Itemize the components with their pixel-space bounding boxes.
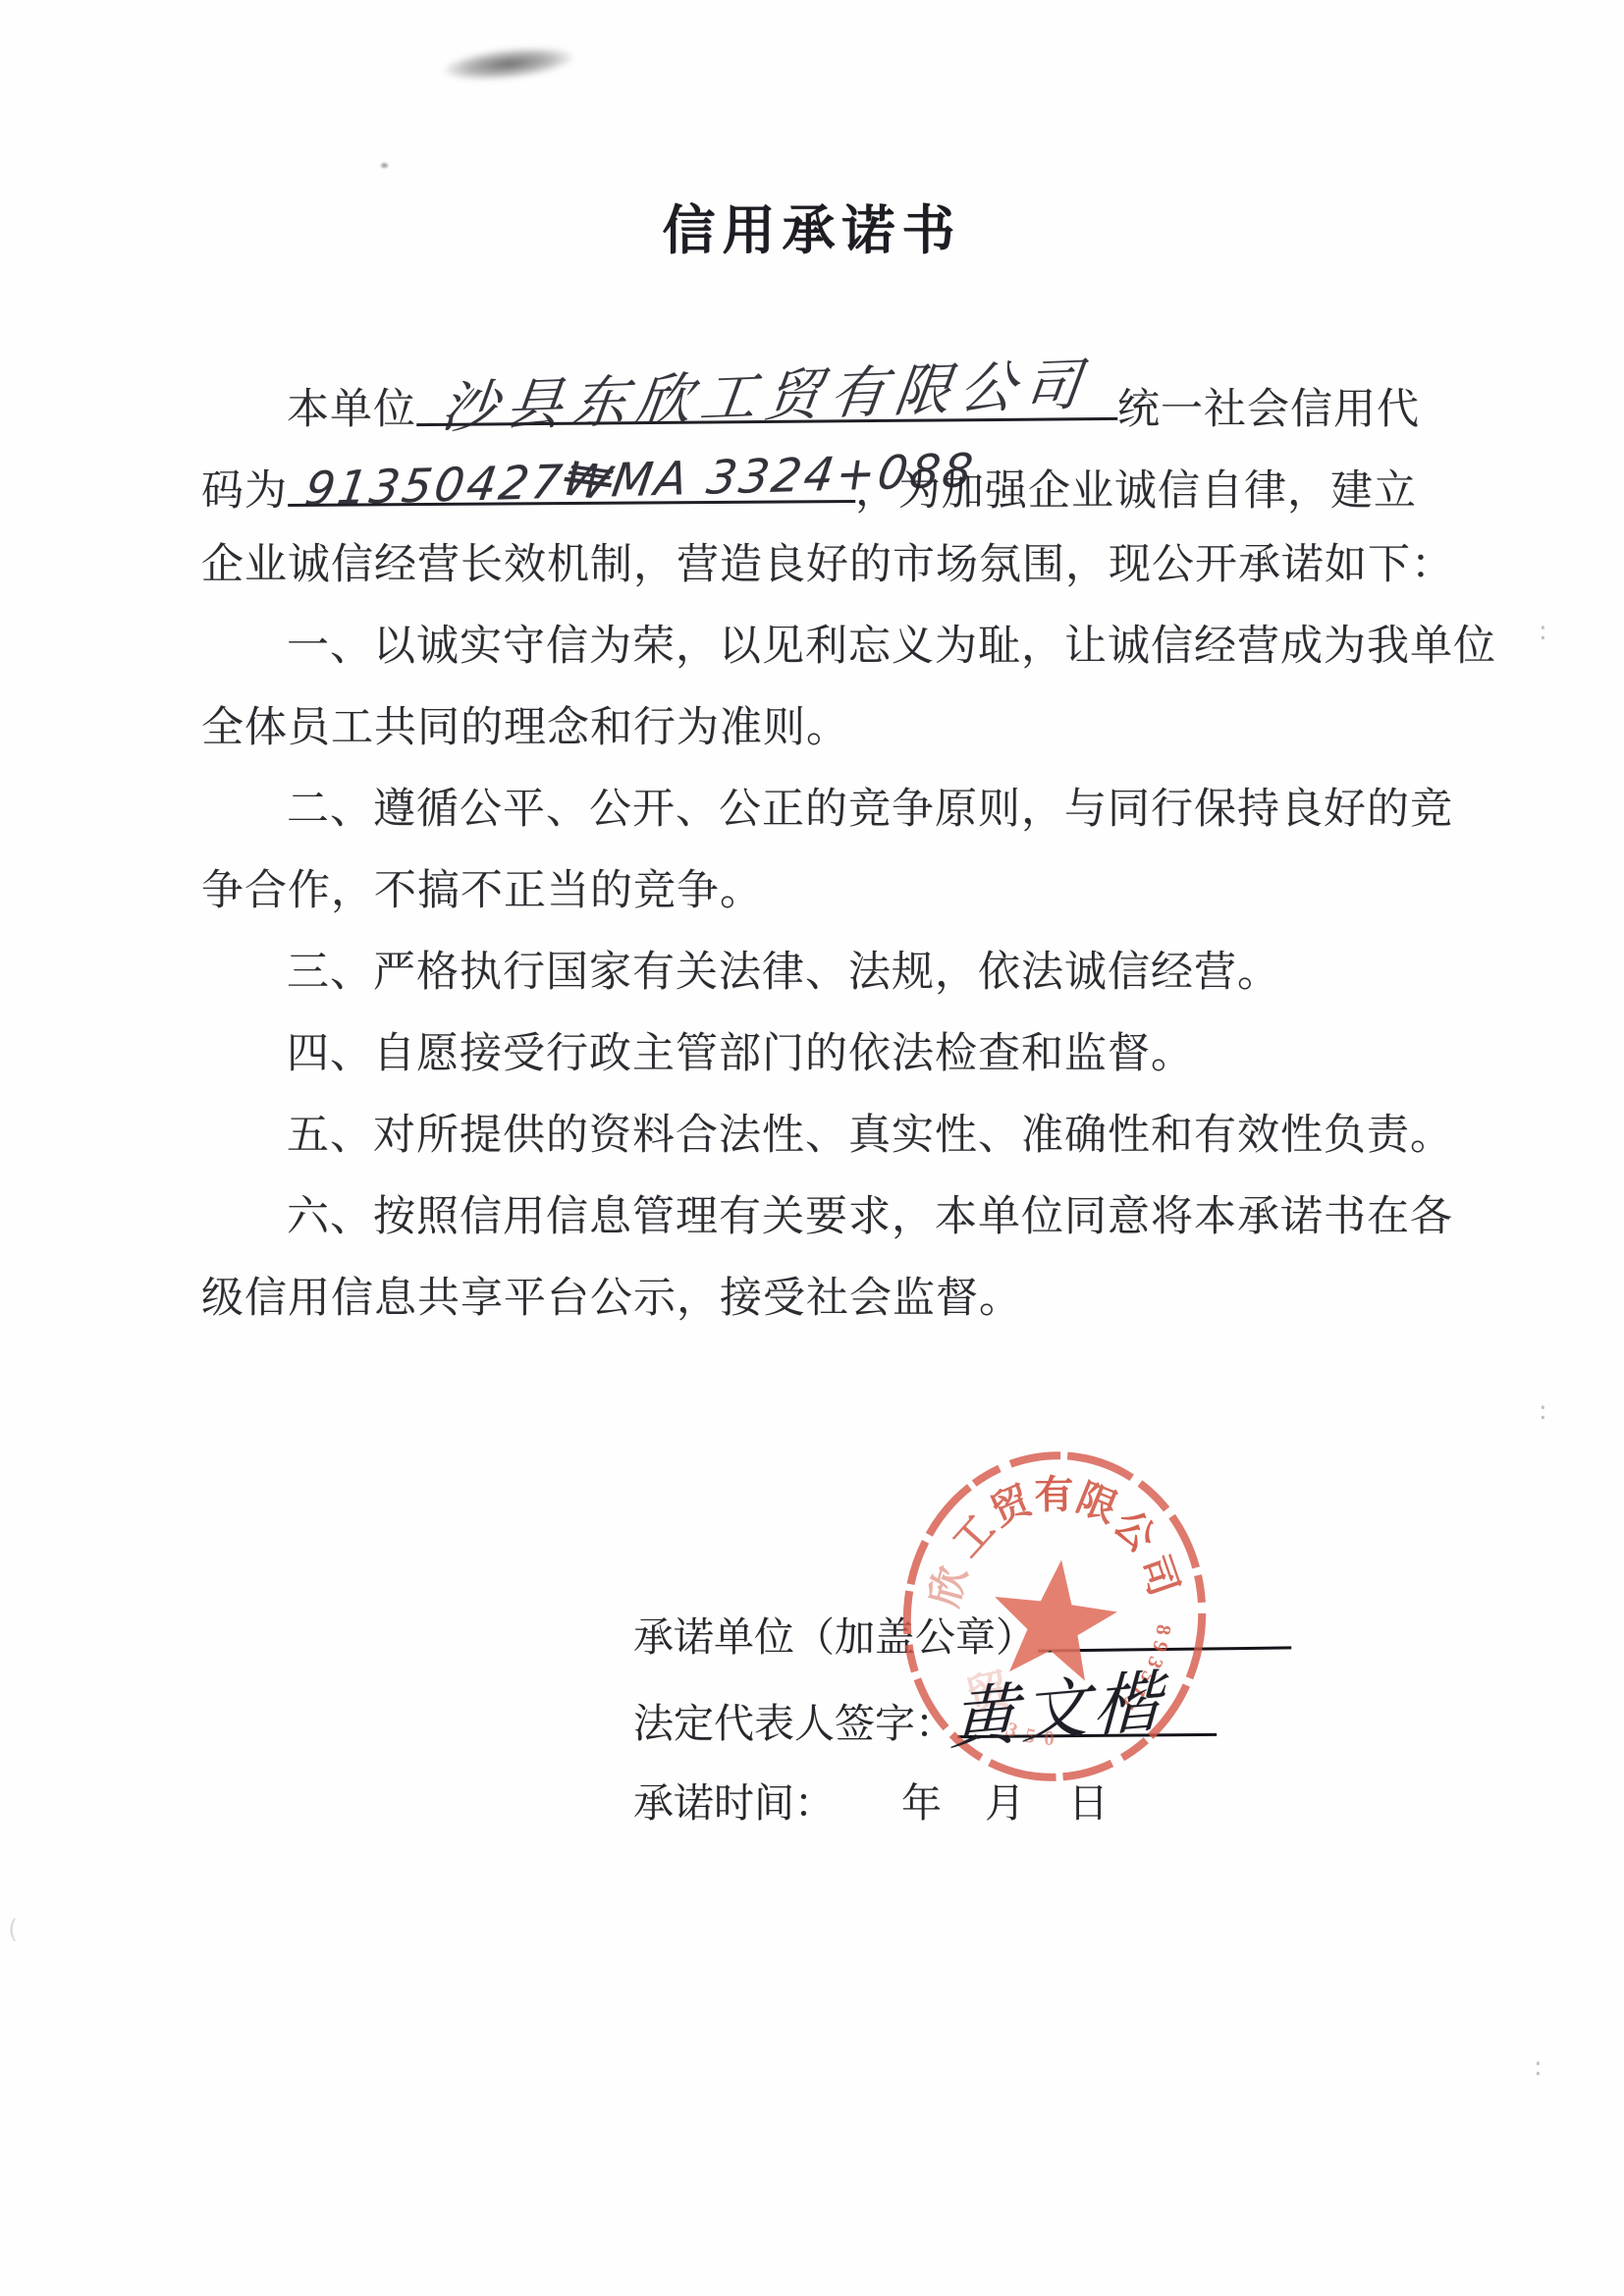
- seal-arc-char: 司: [1132, 1550, 1187, 1601]
- scan-edge-mark: :: [1539, 617, 1547, 646]
- year-label: 年: [901, 1780, 942, 1826]
- document-title: 信用承诺书: [0, 189, 1624, 264]
- seal-arc-char: 工: [945, 1506, 1003, 1565]
- body-line-1: 本单位沙县东欣工贸有限公司统一社会信用代: [201, 361, 1448, 443]
- body-line-4: 一、以诚实守信为荣，以见利忘义为耻，让诚信经营成为我单位: [201, 606, 1448, 687]
- line2-prefix: 码为: [201, 468, 288, 515]
- seal-arc-char: 公: [1106, 1502, 1164, 1560]
- scanned-document-page: : : : ( 信用承诺书 本单位沙县东欣工贸有限公司统一社会信用代 码为913…: [0, 0, 1624, 2296]
- body-line-7: 争合作，不搞不正当的竞争。: [201, 850, 1448, 932]
- line1-prefix: 本单位: [287, 387, 416, 433]
- item-6-text: 六、按照信用信息管理有关要求，本单位同意将本承诺书在各: [287, 1194, 1453, 1240]
- credit-code-blank-line: 91350427₩MA 3324+088: [288, 441, 855, 507]
- date-label: 承诺时间：: [633, 1780, 835, 1826]
- representative-label: 法定代表人签字：: [633, 1701, 955, 1746]
- date-row: 承诺时间：年月日: [633, 1776, 1109, 1831]
- scan-dot: [381, 163, 388, 168]
- item-5-text: 五、对所提供的资料合法性、真实性、准确性和有效性负责。: [287, 1113, 1453, 1159]
- body-line-10: 五、对所提供的资料合法性、真实性、准确性和有效性负责。: [201, 1095, 1448, 1176]
- seal-arc-char: 限: [1070, 1475, 1123, 1531]
- body-line-8: 三、严格执行国家有关法律、法规，依法诚信经营。: [201, 932, 1448, 1013]
- body-line-9: 四、自愿接受行政主管部门的依法检查和监督。: [201, 1013, 1448, 1095]
- seal-arc-char: 欣: [922, 1561, 975, 1611]
- body-line-12: 级信用信息共享平台公示，接受社会监督。: [201, 1258, 1448, 1339]
- body-line-2: 码为91350427₩MA 3324+088，为加强企业诚信自律，建立: [201, 443, 1448, 524]
- seal-arc-char: 有: [1034, 1472, 1074, 1517]
- company-name-blank-line: 沙县东欣工贸有限公司: [416, 358, 1118, 426]
- document-body: 本单位沙县东欣工贸有限公司统一社会信用代 码为91350427₩MA 3324+…: [201, 361, 1448, 1339]
- credit-code-part1: 91350427: [301, 456, 568, 518]
- unit-row: 承诺单位（加盖公章）: [633, 1605, 1291, 1665]
- credit-code-part2: MA 3324+088: [609, 444, 979, 509]
- body-line-6: 二、遵循公平、公开、公正的竞争原则，与同行保持良好的竞: [201, 769, 1448, 850]
- scan-smudge: [443, 42, 574, 85]
- item-1-text: 一、以诚实守信为荣，以见利忘义为耻，让诚信经营成为我单位: [287, 624, 1496, 670]
- body-line-11: 六、按照信用信息管理有关要求，本单位同意将本承诺书在各: [201, 1176, 1448, 1258]
- body-line-5: 全体员工共同的理念和行为准则。: [201, 687, 1448, 769]
- item-2-text: 二、遵循公平、公开、公正的竞争原则，与同行保持良好的竞: [287, 787, 1453, 833]
- handwritten-signature: 黄文楷: [949, 1648, 1167, 1763]
- month-label: 月: [985, 1780, 1025, 1826]
- item-3-text: 三、严格执行国家有关法律、法规，依法诚信经营。: [287, 950, 1280, 996]
- unit-label: 承诺单位（加盖公章）: [633, 1614, 1036, 1660]
- scan-edge-mark: :: [1534, 2052, 1543, 2082]
- item-4-text: 四、自愿接受行政主管部门的依法检查和监督。: [287, 1031, 1194, 1077]
- handwritten-company-name: 沙县东欣工贸有限公司: [437, 340, 1095, 445]
- body-line-3: 企业诚信经营长效机制，营造良好的市场氛围，现公开承诺如下：: [201, 524, 1448, 606]
- seal-arc-char: 贸: [984, 1477, 1039, 1534]
- unit-blank-line: [1038, 1603, 1292, 1652]
- line1-suffix: 统一社会信用代: [1117, 387, 1420, 433]
- scan-edge-mark: :: [1539, 1396, 1547, 1426]
- scan-edge-mark: (: [8, 1915, 18, 1944]
- day-label: 日: [1068, 1780, 1109, 1826]
